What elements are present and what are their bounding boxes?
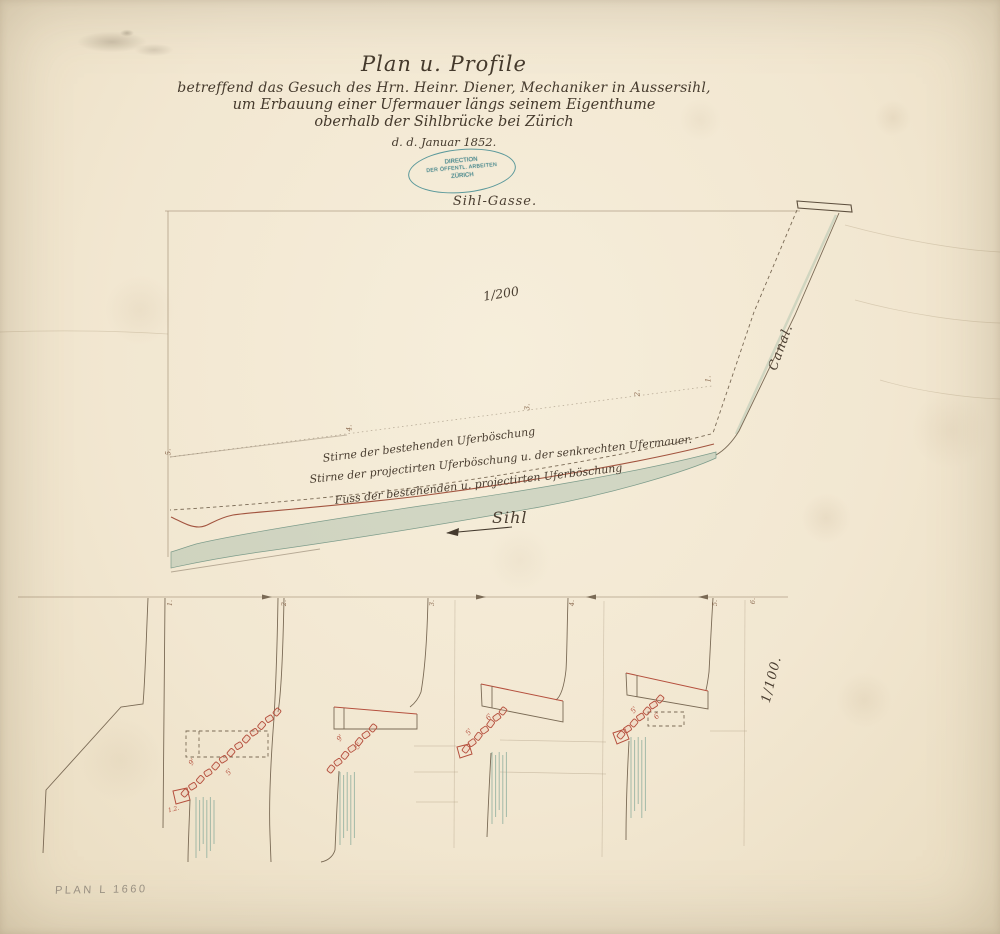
profile-station-5: 5. — [711, 600, 719, 606]
street-label: Sihl-Gasse. — [440, 194, 550, 209]
profile-station-6: 6. — [749, 598, 757, 604]
title-date: d. d. Januar 1852. — [144, 135, 744, 149]
archive-number: PLAN L 1660 — [55, 883, 148, 897]
scanned-plan-document: Plan u. Profile betreffend das Gesuch de… — [0, 0, 1000, 934]
profile-station-2: 2. — [280, 600, 288, 606]
title-subline-3: oberhalb der Sihlbrücke bei Zürich — [144, 114, 744, 130]
profile-section-1 — [43, 598, 165, 853]
profiles-linework — [18, 595, 788, 863]
profile-section-3 — [321, 598, 458, 862]
paper-creases — [0, 225, 1000, 399]
stone-pitching-and-water-hatch — [181, 694, 665, 858]
plan-station-2: 2. — [633, 390, 641, 397]
plan-station-3: 3. — [523, 404, 531, 411]
profile-station-4: 4. — [568, 600, 576, 606]
document-title: Plan u. Profile — [144, 52, 744, 76]
plan-station-5: 5. — [164, 449, 172, 456]
profile-station-3: 3. — [428, 600, 436, 606]
plan-station-4: 4. — [345, 425, 353, 432]
title-subline-2: um Erbauung einer Ufermauer längs seinem… — [144, 97, 744, 113]
plan-station-1: 1. — [704, 376, 712, 383]
title-block: Plan u. Profile betreffend das Gesuch de… — [144, 52, 744, 149]
profile-section-2 — [173, 598, 284, 862]
title-subline-1: betreffend das Gesuch des Hrn. Heinr. Di… — [144, 80, 744, 96]
profile-station-1: 1. — [166, 600, 174, 606]
river-label: Sihl — [492, 508, 528, 527]
profile-section-4 — [457, 598, 606, 857]
